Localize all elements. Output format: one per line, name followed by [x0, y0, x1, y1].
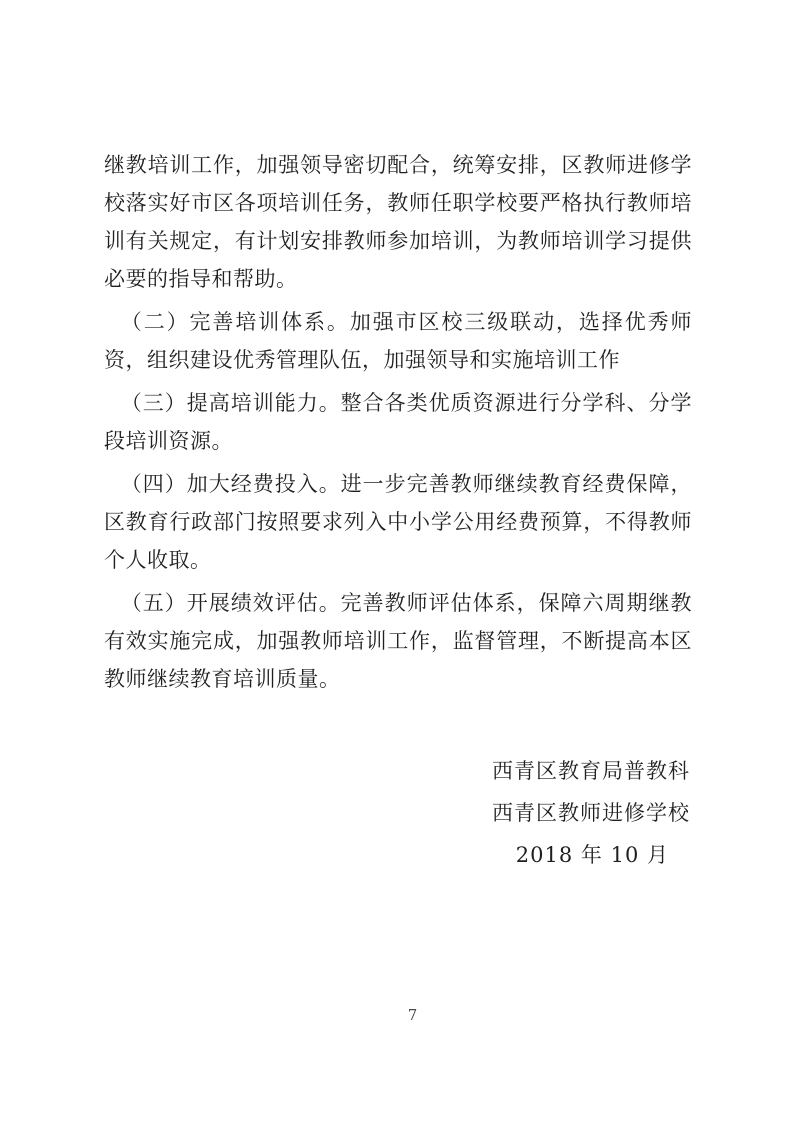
paragraph-item-4: （四）加大经费投入。进一步完善教师继续教育经费保障，区教育行政部门按照要求列入中… — [104, 465, 692, 579]
signature-org-1: 西青区教育局普教科 — [492, 750, 690, 792]
signature-org-2: 西青区教师进修学校 — [492, 792, 690, 834]
document-page: 继教培训工作，加强领导密切配合，统筹安排，区教师进修学校落实好市区各项培训任务，… — [0, 0, 793, 1122]
page-number: 7 — [408, 1006, 418, 1024]
paragraph-item-3: （三）提高培训能力。整合各类优质资源进行分学科、分学段培训资源。 — [104, 384, 692, 460]
paragraph-item-5: （五）开展绩效评估。完善教师评估体系，保障六周期继教有效实施完成，加强教师培训工… — [104, 584, 692, 698]
signature-block: 西青区教育局普教科 西青区教师进修学校 2018 年 10 月 — [492, 750, 690, 876]
paragraph-continuation: 继教培训工作，加强领导密切配合，统筹安排，区教师进修学校落实好市区各项培训任务，… — [104, 146, 692, 298]
document-body: 继教培训工作，加强领导密切配合，统筹安排，区教师进修学校落实好市区各项培训任务，… — [104, 146, 692, 703]
signature-date: 2018 年 10 月 — [492, 834, 690, 876]
page-footer: 7 — [0, 1006, 793, 1024]
paragraph-item-2: （二）完善培训体系。加强市区校三级联动，选择优秀师资，组织建设优秀管理队伍，加强… — [104, 303, 692, 379]
